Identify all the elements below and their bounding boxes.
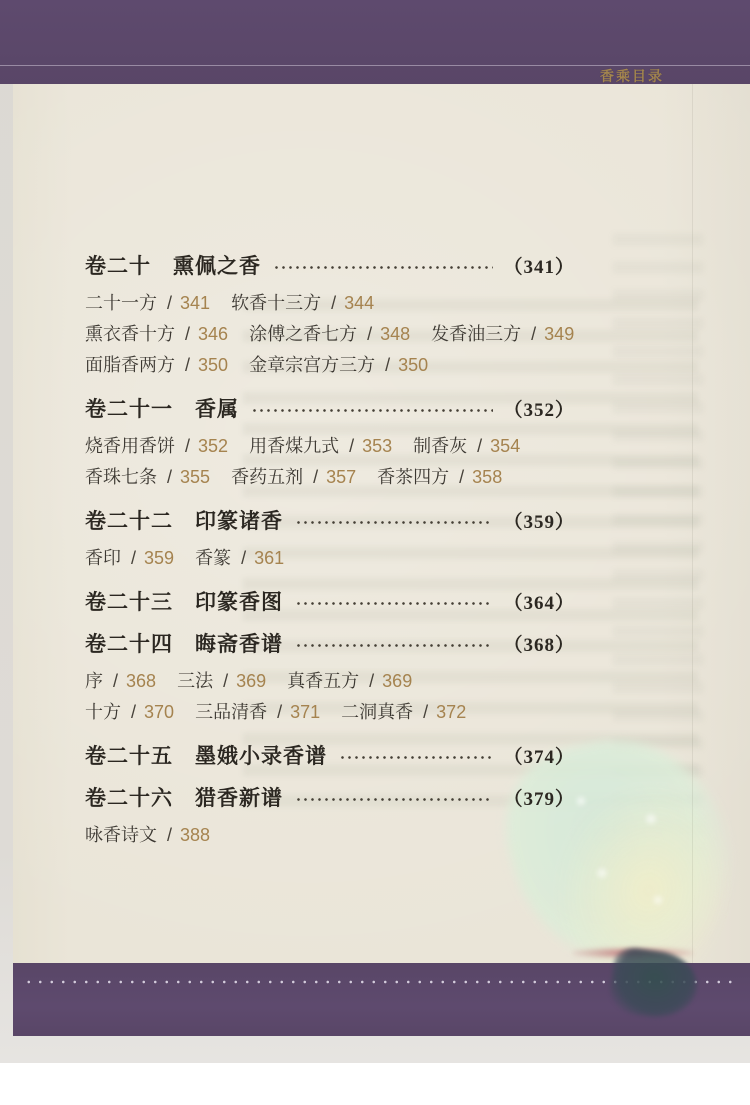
section-title-row: 卷二十二 印篆诸香 （359） [85,505,575,535]
section-page-number: （341） [503,252,575,279]
section-items: 咏香诗文 / 388 [85,820,575,851]
item-separator: / [272,702,287,722]
toc-item: 烧香用香饼 / 352 [85,436,228,456]
item-page-number: 368 [126,671,156,691]
toc-item: 三法 / 369 [177,671,266,691]
toc-subline: 十方 / 370 三品清香 / 371 二洞真香 / 372 [85,697,575,728]
item-separator: / [326,293,341,313]
item-separator: / [418,702,433,722]
item-label: 金章宗宫方三方 [249,355,375,375]
dotted-leader [295,644,493,647]
item-separator: / [344,436,359,456]
item-page-number: 371 [290,702,320,722]
item-page-number: 388 [180,825,210,845]
scan-bottom-margin [0,1063,750,1105]
toc-item: 香印 / 359 [85,548,174,568]
dotted-leader [295,602,493,605]
toc-subline: 序 / 368 三法 / 369 真香五方 / 369 [85,666,575,697]
toc-section: 卷二十二 印篆诸香 （359） 香印 / 359 香篆 / 361 [85,505,575,574]
toc-section: 卷二十 熏佩之香 （341） 二十一方 / 341 软香十三方 / 344 熏衣… [85,250,575,381]
item-separator: / [180,436,195,456]
item-label: 熏衣香十方 [85,324,175,344]
item-label: 真香五方 [287,671,359,691]
section-items: 序 / 368 三法 / 369 真香五方 / 369 十方 / 370 三品清… [85,666,575,728]
toc-item: 香篆 / 361 [195,548,284,568]
section-title: 卷二十 熏佩之香 [85,250,261,280]
toc-item: 制香灰 / 354 [413,436,520,456]
item-label: 序 [85,671,103,691]
item-label: 烧香用香饼 [85,436,175,456]
item-label: 十方 [85,702,121,722]
scanned-book-page: 香乘目录 卷二十 熏佩之香 （341） 二十一方 / 341 软香十三方 / 3… [0,0,750,1105]
item-label: 香药五剂 [231,467,303,487]
toc-section: 卷二十五 墨娥小录香谱 （374） [85,740,575,770]
item-page-number: 353 [362,436,392,456]
section-items: 香印 / 359 香篆 / 361 [85,543,575,574]
dotted-leader [339,756,493,759]
toc-section: 卷二十三 印篆香图 （364） [85,586,575,616]
top-purple-band: 香乘目录 [0,0,750,84]
item-label: 香印 [85,548,121,568]
item-separator: / [454,467,469,487]
item-page-number: 346 [198,324,228,344]
section-page-number: （352） [503,395,575,422]
section-title: 卷二十五 墨娥小录香谱 [85,740,327,770]
toc-item: 二洞真香 / 372 [341,702,466,722]
toc-item: 用香煤九式 / 353 [249,436,392,456]
section-title: 卷二十二 印篆诸香 [85,505,283,535]
item-label: 三品清香 [195,702,267,722]
item-label: 香篆 [195,548,231,568]
item-separator: / [108,671,123,691]
item-label: 涂傅之香七方 [249,324,357,344]
item-page-number: 358 [472,467,502,487]
toc-subline: 香印 / 359 香篆 / 361 [85,543,575,574]
section-title-row: 卷二十 熏佩之香 （341） [85,250,575,280]
section-title-row: 卷二十六 猎香新谱 （379） [85,782,575,812]
toc-item: 发香油三方 / 349 [431,324,574,344]
item-page-number: 370 [144,702,174,722]
section-page-number: （374） [503,742,575,769]
item-label: 二洞真香 [341,702,413,722]
item-page-number: 369 [382,671,412,691]
item-page-number: 341 [180,293,210,313]
toc-item: 金章宗宫方三方 / 350 [249,355,428,375]
dotted-leader [273,266,493,269]
toc-item: 咏香诗文 / 388 [85,825,210,845]
item-separator: / [218,671,233,691]
item-label: 三法 [177,671,213,691]
item-label: 咏香诗文 [85,825,157,845]
item-page-number: 350 [398,355,428,375]
item-page-number: 357 [326,467,356,487]
dotted-leader [251,409,493,412]
toc-item: 熏衣香十方 / 346 [85,324,228,344]
toc-item: 二十一方 / 341 [85,293,210,313]
section-title-row: 卷二十三 印篆香图 （364） [85,586,575,616]
page-header-title: 香乘目录 [600,66,664,86]
item-page-number: 348 [380,324,410,344]
item-separator: / [162,825,177,845]
toc-item: 软香十三方 / 344 [231,293,374,313]
item-separator: / [364,671,379,691]
toc-item: 序 / 368 [85,671,156,691]
section-page-number: （364） [503,588,575,615]
item-label: 面脂香两方 [85,355,175,375]
toc-item: 涂傅之香七方 / 348 [249,324,410,344]
section-items: 二十一方 / 341 软香十三方 / 344 熏衣香十方 / 346 涂傅之香七… [85,288,575,381]
item-separator: / [126,702,141,722]
toc-subline: 二十一方 / 341 软香十三方 / 344 [85,288,575,319]
item-page-number: 350 [198,355,228,375]
toc-item: 面脂香两方 / 350 [85,355,228,375]
item-separator: / [380,355,395,375]
section-page-number: （359） [503,507,575,534]
item-separator: / [126,548,141,568]
dotted-leader [295,798,493,801]
item-label: 香珠七条 [85,467,157,487]
item-separator: / [362,324,377,344]
toc-subline: 咏香诗文 / 388 [85,820,575,851]
toc-subline: 熏衣香十方 / 346 涂傅之香七方 / 348 发香油三方 / 349 [85,319,575,350]
toc-item: 三品清香 / 371 [195,702,320,722]
item-page-number: 344 [344,293,374,313]
item-label: 香茶四方 [377,467,449,487]
item-separator: / [526,324,541,344]
item-page-number: 359 [144,548,174,568]
item-separator: / [162,467,177,487]
section-title-row: 卷二十一 香属 （352） [85,393,575,423]
item-page-number: 369 [236,671,266,691]
toc-item: 真香五方 / 369 [287,671,412,691]
item-separator: / [308,467,323,487]
item-page-number: 354 [490,436,520,456]
toc-item: 香药五剂 / 357 [231,467,356,487]
toc-subline: 香珠七条 / 355 香药五剂 / 357 香茶四方 / 358 [85,462,575,493]
dotted-leader [295,521,493,524]
item-label: 制香灰 [413,436,467,456]
toc-item: 十方 / 370 [85,702,174,722]
item-label: 软香十三方 [231,293,321,313]
bottom-purple-band [13,963,750,1036]
toc-section: 卷二十一 香属 （352） 烧香用香饼 / 352 用香煤九式 / 353 制香… [85,393,575,493]
item-label: 用香煤九式 [249,436,339,456]
item-separator: / [236,548,251,568]
item-label: 二十一方 [85,293,157,313]
item-page-number: 361 [254,548,284,568]
section-title-row: 卷二十四 晦斋香谱 （368） [85,628,575,658]
section-title-row: 卷二十五 墨娥小录香谱 （374） [85,740,575,770]
toc-section: 卷二十六 猎香新谱 （379） 咏香诗文 / 388 [85,782,575,851]
section-title: 卷二十四 晦斋香谱 [85,628,283,658]
item-page-number: 355 [180,467,210,487]
item-label: 发香油三方 [431,324,521,344]
toc-subline: 面脂香两方 / 350 金章宗宫方三方 / 350 [85,350,575,381]
section-title: 卷二十三 印篆香图 [85,586,283,616]
toc: 卷二十 熏佩之香 （341） 二十一方 / 341 软香十三方 / 344 熏衣… [13,84,750,851]
item-separator: / [162,293,177,313]
item-page-number: 352 [198,436,228,456]
toc-subline: 烧香用香饼 / 352 用香煤九式 / 353 制香灰 / 354 [85,431,575,462]
section-items: 烧香用香饼 / 352 用香煤九式 / 353 制香灰 / 354 香珠七条 /… [85,431,575,493]
toc-item: 香茶四方 / 358 [377,467,502,487]
toc-section: 卷二十四 晦斋香谱 （368） 序 / 368 三法 / 369 真香五方 / … [85,628,575,728]
section-title: 卷二十一 香属 [85,393,239,423]
item-page-number: 349 [544,324,574,344]
section-title: 卷二十六 猎香新谱 [85,782,283,812]
toc-item: 香珠七条 / 355 [85,467,210,487]
item-separator: / [180,355,195,375]
paper-page: 卷二十 熏佩之香 （341） 二十一方 / 341 软香十三方 / 344 熏衣… [13,84,750,963]
section-page-number: （368） [503,630,575,657]
section-page-number: （379） [503,784,575,811]
item-page-number: 372 [436,702,466,722]
item-separator: / [180,324,195,344]
item-separator: / [472,436,487,456]
